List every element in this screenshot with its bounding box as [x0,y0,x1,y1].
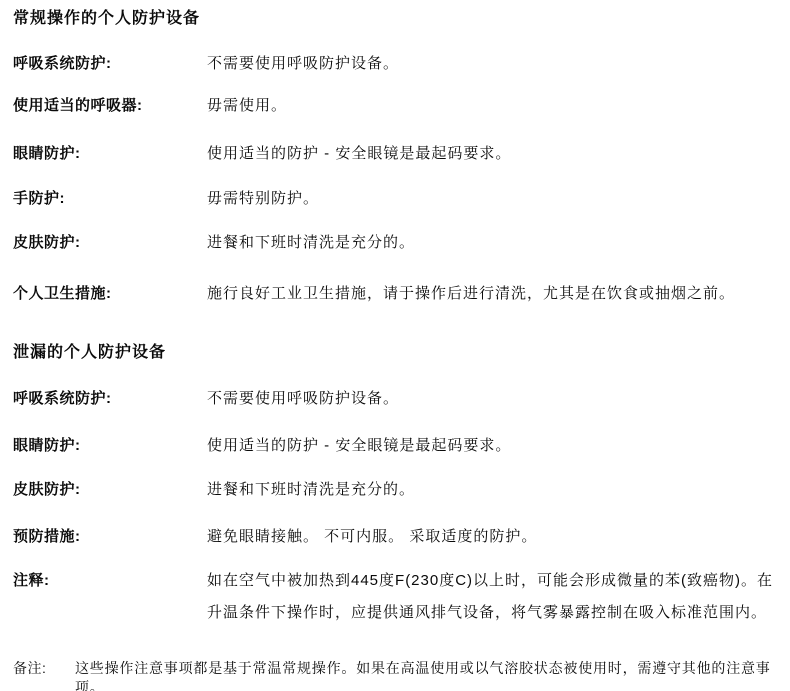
field-row-skin-protection: 皮肤防护: 进餐和下班时清洗是充分的。 [13,233,784,253]
field-row-respirator-use: 使用适当的呼吸器: 毋需使用。 [13,96,784,116]
field-value: 毋需特别防护。 [207,189,784,209]
field-value: 使用适当的防护 - 安全眼镜是最起码要求。 [207,436,784,456]
field-row-eye-protection: 眼睛防护: 使用适当的防护 - 安全眼镜是最起码要求。 [13,436,784,456]
field-row-precautions: 预防措施: 避免眼睛接触。 不可内服。 采取适度的防护。 [13,527,784,547]
section-normal-handling: 常规操作的个人防护设备 呼吸系统防护: 不需要使用呼吸防护设备。 使用适当的呼吸… [13,9,784,304]
field-value: 使用适当的防护 - 安全眼镜是最起码要求。 [207,144,784,164]
field-label: 预防措施: [13,527,207,547]
field-row-hand-protection: 手防护: 毋需特别防护。 [13,189,784,209]
field-label: 手防护: [13,189,207,209]
field-value: 如在空气中被加热到445度F(230度C)以上时，可能会形成微量的苯(致癌物)。… [207,565,784,629]
sds-ppe-document: 常规操作的个人防护设备 呼吸系统防护: 不需要使用呼吸防护设备。 使用适当的呼吸… [0,0,790,691]
footnote-text: 这些操作注意事项都是基于常温常规操作。如果在高温使用或以气溶胶状态被使用时，需遵… [75,659,784,691]
field-label: 呼吸系统防护: [13,389,207,409]
field-row-respiratory-protection: 呼吸系统防护: 不需要使用呼吸防护设备。 [13,389,784,409]
field-label: 呼吸系统防护: [13,54,207,74]
field-value: 施行良好工业卫生措施，请于操作后进行清洗，尤其是在饮食或抽烟之前。 [207,284,784,304]
section-heading: 泄漏的个人防护设备 [13,343,784,363]
field-value: 进餐和下班时清洗是充分的。 [207,480,784,500]
field-value: 不需要使用呼吸防护设备。 [207,54,784,74]
field-row-remarks: 注释: 如在空气中被加热到445度F(230度C)以上时，可能会形成微量的苯(致… [13,571,784,629]
field-value: 进餐和下班时清洗是充分的。 [207,233,784,253]
field-row-eye-protection: 眼睛防护: 使用适当的防护 - 安全眼镜是最起码要求。 [13,144,784,164]
footnote-label: 备注: [13,659,75,678]
field-row-respiratory-protection: 呼吸系统防护: 不需要使用呼吸防护设备。 [13,54,784,74]
section-heading: 常规操作的个人防护设备 [13,9,784,29]
field-row-personal-hygiene: 个人卫生措施: 施行良好工业卫生措施，请于操作后进行清洗，尤其是在饮食或抽烟之前… [13,284,784,304]
field-value: 避免眼睛接触。 不可内服。 采取适度的防护。 [207,527,784,547]
field-value: 不需要使用呼吸防护设备。 [207,389,784,409]
field-label: 皮肤防护: [13,480,207,500]
field-value: 毋需使用。 [207,96,784,116]
field-label: 注释: [13,571,207,591]
field-label: 眼睛防护: [13,436,207,456]
field-row-skin-protection: 皮肤防护: 进餐和下班时清洗是充分的。 [13,480,784,500]
footnote-row: 备注: 这些操作注意事项都是基于常温常规操作。如果在高温使用或以气溶胶状态被使用… [13,659,784,691]
field-label: 使用适当的呼吸器: [13,96,207,116]
field-label: 皮肤防护: [13,233,207,253]
section-spill-leak: 泄漏的个人防护设备 呼吸系统防护: 不需要使用呼吸防护设备。 眼睛防护: 使用适… [13,343,784,629]
field-label: 个人卫生措施: [13,284,207,304]
field-label: 眼睛防护: [13,144,207,164]
